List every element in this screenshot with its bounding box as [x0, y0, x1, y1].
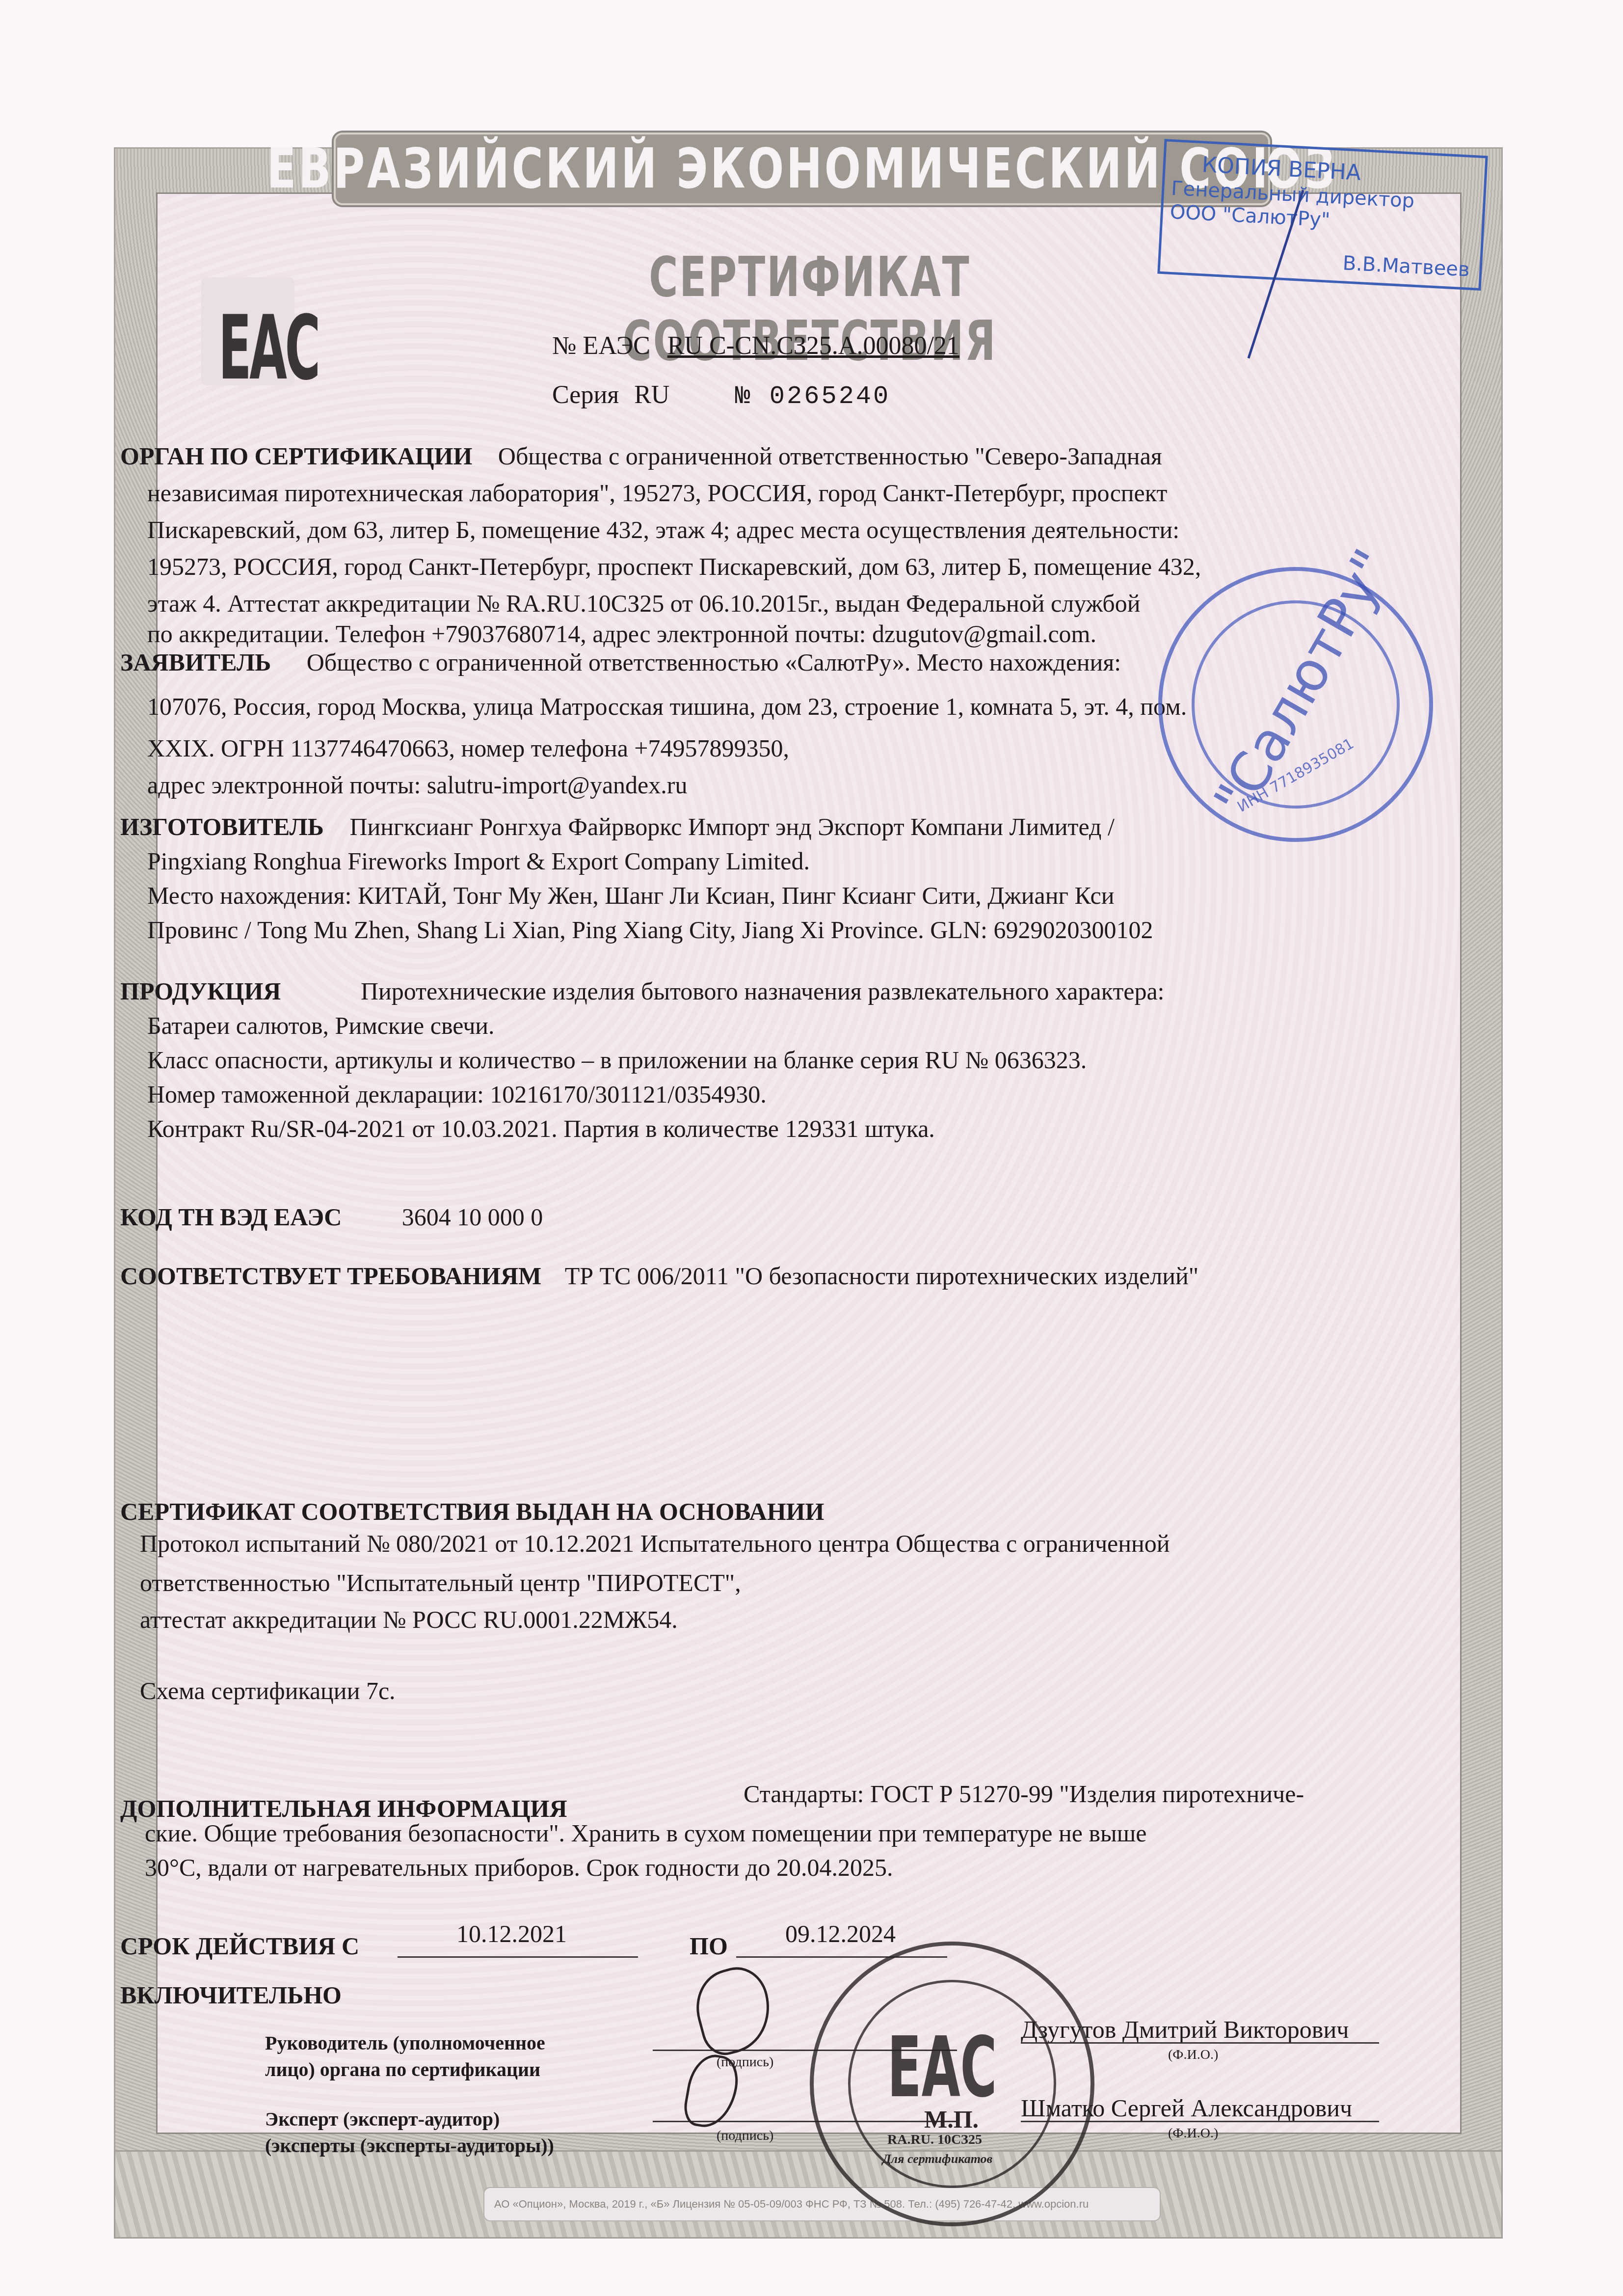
certification-scheme: Схема сертификации 7с.	[140, 1676, 396, 1705]
applicant-line: XXIX. ОГРН 1137746470663, номер телефона…	[147, 734, 789, 762]
eac-logo-icon: ЕАС	[218, 297, 319, 400]
header-banner: ЕВРАЗИЙСКИЙ ЭКОНОМИЧЕСКИЙ СОЮЗ	[334, 133, 1270, 205]
manufacturer-line: Пингксианг Ронгхуа Файрворкс Импорт энд …	[349, 813, 1114, 840]
manufacturer-line: Провинс / Tong Mu Zhen, Shang Li Xian, P…	[147, 916, 1153, 944]
applicant-line: Общество с ограниченной ответственностью…	[307, 648, 1121, 676]
expert-label: Эксперт (эксперт-аудитор) (эксперты (экс…	[265, 2106, 554, 2159]
conforms-value: ТР ТС 006/2011 "О безопасности пиротехни…	[565, 1262, 1198, 1290]
company-seal: "СалютРу" ИНН 7718935081	[1158, 567, 1433, 842]
tn-ved-row: КОД ТН ВЭД ЕАЭС 3604 10 000 0	[120, 1203, 543, 1231]
head-fio-caption: (Ф.И.О.)	[1168, 2047, 1218, 2063]
additional-line: ские. Общие требования безопасности". Хр…	[145, 1819, 1146, 1847]
seal-mp: М.П.	[924, 2105, 979, 2134]
certification-body-line: Пискаревский, дом 63, литер Б, помещение…	[147, 515, 1179, 544]
manufacturer-label: ИЗГОТОВИТЕЛЬ	[120, 813, 324, 840]
manufacturer-line: Pingxiang Ronghua Fireworks Import & Exp…	[147, 847, 810, 875]
certification-body-line: 195273, РОССИЯ, город Санкт-Петербург, п…	[147, 552, 1201, 581]
manufacturer-row-1: ИЗГОТОВИТЕЛЬ Пингксианг Ронгхуа Файрворк…	[120, 812, 1115, 841]
certification-body-label: ОРГАН ПО СЕРТИФИКАЦИИ	[120, 442, 472, 470]
certification-body-line: Общества с ограниченной ответственностью…	[498, 442, 1162, 470]
registration-number: № ЕАЭС RU С-CN.СЗ25.А.00080/21	[552, 331, 959, 360]
tn-ved-value: 3604 10 000 0	[402, 1203, 543, 1231]
head-of-body-label: Руководитель (уполномоченное лицо) орган…	[265, 2030, 545, 2083]
product-line: Класс опасности, артикулы и количество –…	[147, 1046, 1087, 1074]
copy-certified-stamp: КОПИЯ ВЕРНА Генеральный директор ООО "Са…	[1157, 139, 1488, 291]
reg-number: RU С-CN.СЗ25.А.00080/21	[667, 332, 959, 360]
series-line: Серия RU № 0265240	[552, 380, 890, 411]
expert-signature-caption: (подпись)	[717, 2128, 773, 2144]
certification-body-seal: ЕАС М.П. RA.RU. 10СЗ25 Для сертификатов	[810, 1942, 1094, 2226]
product-line: Контракт Ru/SR-04-2021 от 10.03.2021. Па…	[147, 1114, 935, 1143]
date-from-underline	[398, 1956, 638, 1958]
product-line: Батареи салютов, Римские свечи.	[147, 1011, 495, 1040]
validity-to-label: ПО	[690, 1932, 728, 1960]
validity-inclusive-label: ВКЛЮЧИТЕЛЬНО	[120, 1981, 342, 2009]
eac-seal-icon: ЕАС	[887, 2019, 997, 2116]
applicant-line: 107076, Россия, город Москва, улица Матр…	[147, 692, 1187, 721]
blank-number: № 0265240	[735, 382, 890, 411]
product-label: ПРОДУКЦИЯ	[120, 977, 281, 1005]
basis-line: ответственностью "Испытательный центр "П…	[140, 1568, 741, 1597]
series-label: Серия	[552, 381, 619, 409]
additional-line: Стандарты: ГОСТ Р 51270-99 "Изделия пиро…	[744, 1780, 1304, 1808]
series-value: RU	[634, 381, 669, 409]
additional-line: 30°С, вдали от нагревательных приборов. …	[145, 1853, 893, 1882]
product-row-1: ПРОДУКЦИЯ Пиротехнические изделия бытово…	[120, 977, 1165, 1005]
basis-label: СЕРТИФИКАТ СООТВЕТСТВИЯ ВЫДАН НА ОСНОВАН…	[120, 1497, 824, 1526]
conforms-label: СООТВЕТСТВУЕТ ТРЕБОВАНИЯМ	[120, 1262, 541, 1290]
validity-date-from: 10.12.2021	[456, 1919, 567, 1948]
product-line: Пиротехнические изделия бытового назначе…	[361, 977, 1165, 1005]
applicant-line: адрес электронной почты: salutru-import@…	[147, 771, 687, 799]
basis-line: Протокол испытаний № 080/2021 от 10.12.2…	[140, 1529, 1170, 1558]
expert-fio-caption: (Ф.И.О.)	[1168, 2126, 1218, 2141]
conforms-row: СООТВЕТСТВУЕТ ТРЕБОВАНИЯМ ТР ТС 006/2011…	[120, 1262, 1198, 1290]
tn-ved-label: КОД ТН ВЭД ЕАЭС	[120, 1203, 342, 1231]
validity-from-label: СРОК ДЕЙСТВИЯ С	[120, 1932, 359, 1960]
certification-body-line: по аккредитации. Телефон +79037680714, а…	[147, 620, 1096, 648]
applicant-label: ЗАЯВИТЕЛЬ	[120, 648, 271, 676]
printer-footer: АО «Опцион», Москва, 2019 г., «Б» Лиценз…	[483, 2187, 1161, 2221]
seal-for-certificates: Для сертификатов	[882, 2152, 992, 2166]
certification-body-line: этаж 4. Аттестат аккредитации № RA.RU.10…	[147, 589, 1141, 618]
basis-line: аттестат аккредитации № РОСС RU.0001.22М…	[140, 1605, 678, 1634]
certification-body-row-1: ОРГАН ПО СЕРТИФИКАЦИИ Общества с огранич…	[120, 442, 1162, 470]
product-line: Номер таможенной декларации: 10216170/30…	[147, 1080, 767, 1108]
validity-date-to: 09.12.2024	[785, 1919, 896, 1948]
certification-body-line: независимая пиротехническая лаборатория"…	[147, 479, 1167, 507]
manufacturer-line: Место нахождения: КИТАЙ, Тонг Му Жен, Ша…	[147, 881, 1115, 910]
reg-label: № ЕАЭС	[552, 332, 650, 360]
seal-accreditation: RA.RU. 10СЗ25	[887, 2132, 982, 2148]
applicant-row-1: ЗАЯВИТЕЛЬ Общество с ограниченной ответс…	[120, 648, 1121, 676]
